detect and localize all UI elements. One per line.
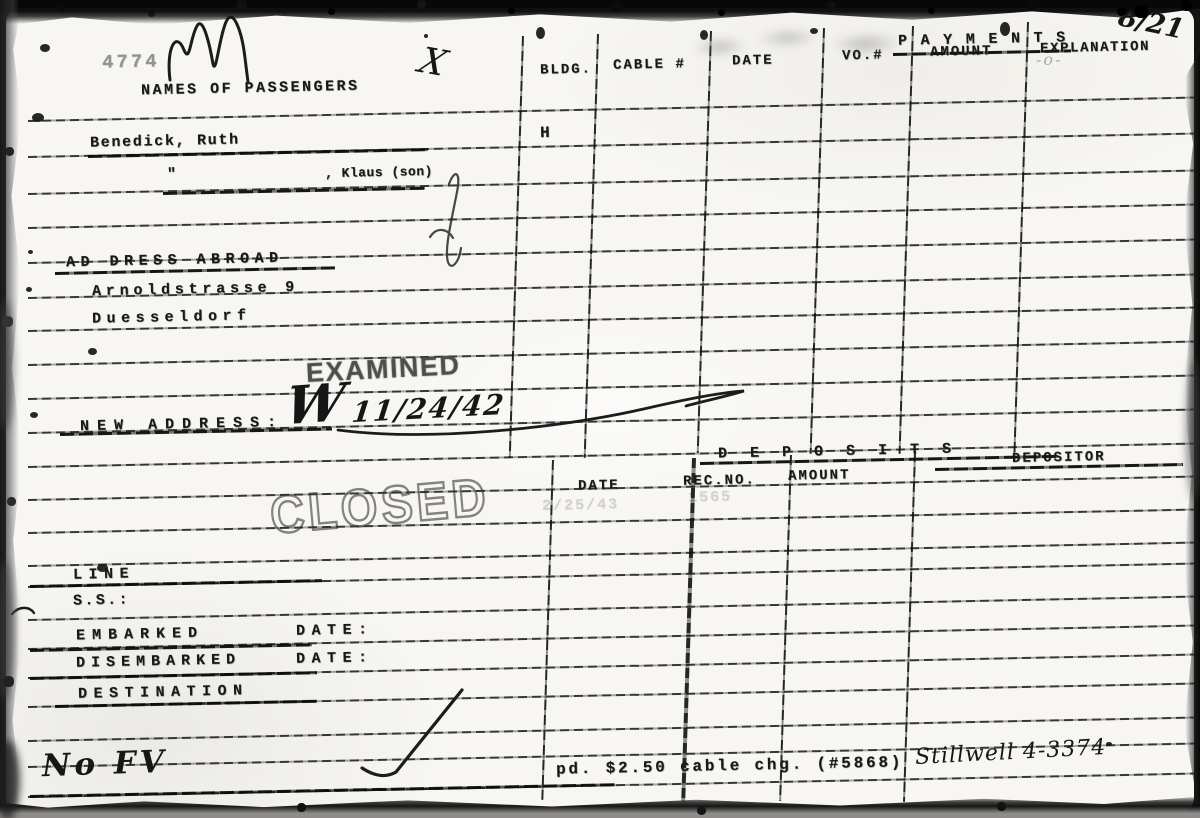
embarked-label: EMBARKED [76,625,204,645]
deposit-entry-date: 2/25/43 [542,496,619,515]
ink-dot [1106,742,1112,746]
ink-dot [536,27,545,39]
deposit-entry-recno: 1565 [688,489,732,507]
ink-dot [810,28,818,34]
passenger-name-1: Benedick, Ruth [90,131,240,151]
pencil-dash-note: -o- [1036,50,1062,69]
edge-grit-speckle [0,0,3,3]
ink-dot [700,30,708,40]
ss-label: S.S.: [73,591,130,609]
ditto-mark: " [167,166,178,183]
disembarked-date-label: DATE: [296,649,374,668]
line-label: LINE [73,565,135,584]
ink-dot [88,348,97,355]
deposits-col-depositor: DEPOSITOR [1012,449,1106,467]
ink-dot [26,287,32,292]
deposits-col-date: DATE [578,478,620,495]
ink-dot [424,34,428,38]
no-fv-note: No FV [41,744,168,784]
ink-dot [30,412,38,418]
payments-col-date: DATE [732,53,774,70]
passenger-name-2: , Klaus (son) [325,165,433,182]
deposits-col-amount: AMOUNT [788,467,851,484]
destination-label: DESTINATION [78,682,249,703]
ink-dot [28,250,33,254]
file-number: 4774 [102,51,160,74]
embarked-date-label: DATE: [296,621,374,640]
disembarked-label: DISEMBARKED [76,651,241,672]
payments-col-vo: VO.# [842,48,884,65]
ink-dot [32,113,44,122]
payments-col-amount: AMOUNT [930,43,993,60]
edge-blotch [1186,360,1200,500]
passenger-bldg-1: H [540,124,552,143]
passenger-record-card-scan: P A Y M E N T S BLDG. CABLE # DATE VO.# … [0,0,1200,818]
ink-dot [40,44,50,52]
payments-col-cable: CABLE # [613,56,686,74]
address-city: Duesseldorf [92,307,252,328]
payments-col-bldg: BLDG. [540,61,592,78]
deposits-col-recno: REC.NO. [683,472,756,490]
